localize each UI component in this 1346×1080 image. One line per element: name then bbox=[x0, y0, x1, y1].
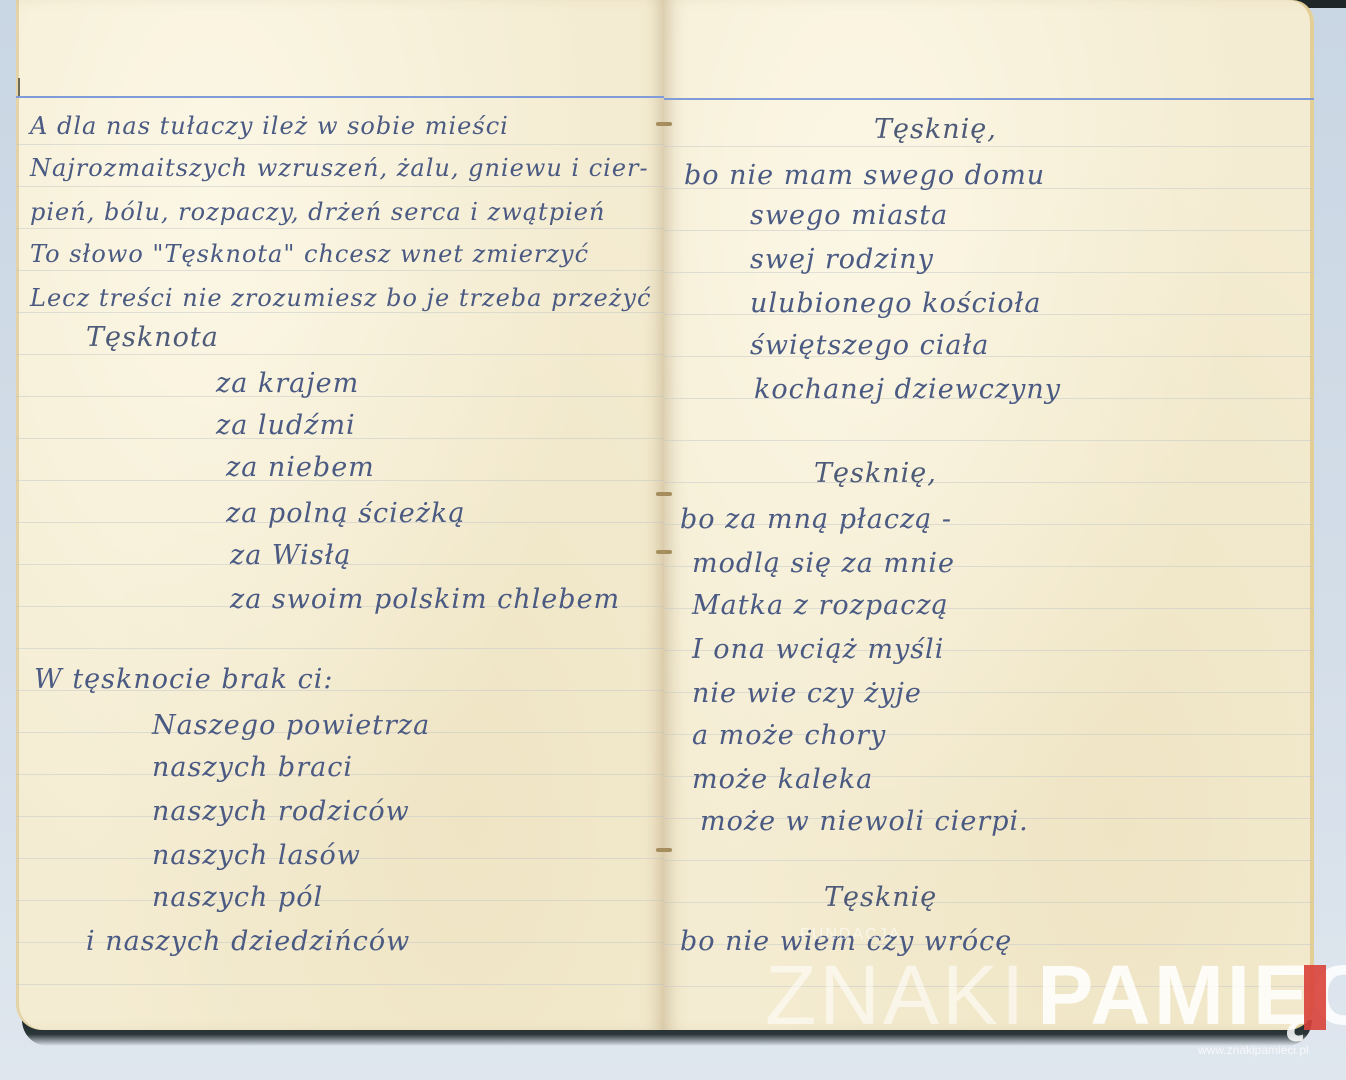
ruled-line bbox=[664, 440, 1314, 441]
ruled-line bbox=[16, 312, 664, 313]
handwritten-line: swej rodziny bbox=[750, 244, 934, 275]
left-page: A dla nas tułaczy ileż w sobie mieści Na… bbox=[16, 0, 664, 1030]
handwritten-line: Lecz treści nie zrozumiesz bo je trzeba … bbox=[30, 284, 651, 312]
ruled-line bbox=[664, 902, 1314, 903]
handwritten-line: nie wie czy żyje bbox=[692, 678, 922, 709]
handwritten-line: swego miasta bbox=[750, 200, 948, 231]
handwritten-line: ulubionego kościoła bbox=[750, 288, 1041, 319]
handwritten-line: A dla nas tułaczy ileż w sobie mieści bbox=[30, 112, 509, 140]
handwritten-line: Najrozmaitszych wzruszeń, żalu, gniewu i… bbox=[30, 154, 649, 182]
right-page: Tęsknię, bo nie mam swego domu swego mia… bbox=[664, 0, 1314, 1030]
header-rule bbox=[16, 96, 664, 98]
handwritten-line: i naszych dziedzińców bbox=[86, 926, 410, 957]
ruled-line bbox=[16, 186, 664, 187]
handwritten-line: modlą się za mnie bbox=[692, 548, 955, 579]
handwritten-line: naszych pól bbox=[152, 882, 323, 913]
ruled-line bbox=[16, 228, 664, 229]
handwritten-line: może kaleka bbox=[692, 764, 873, 795]
ruled-line bbox=[16, 984, 664, 985]
ruled-line bbox=[16, 354, 664, 355]
watermark-foundation-label: FUNDACJA bbox=[800, 926, 901, 944]
handwritten-line: Matka z rozpaczą bbox=[692, 590, 949, 621]
handwritten-line: naszych rodziców bbox=[152, 796, 410, 827]
watermark-url: www.znakipamieci.pl bbox=[1198, 1043, 1309, 1057]
watermark-word-znaki: ZNAKI bbox=[765, 955, 1027, 1035]
binding-stitch bbox=[656, 122, 672, 126]
handwritten-line: kochanej dziewczyny bbox=[754, 374, 1061, 405]
watermark-logo: ZNAKI PAMIĘCI bbox=[765, 955, 1346, 1035]
handwritten-line: bo nie mam swego domu bbox=[684, 160, 1045, 191]
handwritten-line: może w niewoli cierpi. bbox=[700, 806, 1029, 837]
section-heading: Tęsknię, bbox=[814, 458, 937, 489]
margin-mark bbox=[18, 78, 20, 96]
handwritten-line: Naszego powietrza bbox=[152, 710, 430, 741]
handwritten-line: za swoim polskim chlebem bbox=[230, 584, 620, 615]
handwritten-line: bo za mną płaczą - bbox=[680, 504, 952, 535]
binding-stitch bbox=[656, 848, 672, 852]
ruled-line bbox=[16, 270, 664, 271]
ruled-line bbox=[16, 144, 664, 145]
section-heading: Tęsknię bbox=[824, 882, 937, 913]
section-heading: Tęsknię, bbox=[874, 114, 997, 145]
section-heading: W tęsknocie brak ci: bbox=[34, 664, 333, 695]
binding-stitch bbox=[656, 492, 672, 496]
handwritten-line: I ona wciąż myśli bbox=[692, 634, 944, 665]
handwritten-line: To słowo "Tęsknota" chcesz wnet zmierzyć bbox=[30, 240, 589, 268]
ruled-line bbox=[16, 648, 664, 649]
watermark-word-pamieci: PAMIĘCI bbox=[1037, 955, 1346, 1035]
ruled-line bbox=[664, 146, 1314, 147]
handwritten-line: świętszego ciała bbox=[750, 330, 989, 361]
handwritten-line: za polną ścieżką bbox=[226, 498, 465, 529]
handwritten-line: za Wisłą bbox=[230, 540, 352, 571]
handwritten-line: naszych braci bbox=[152, 752, 353, 783]
handwritten-line: naszych lasów bbox=[152, 840, 361, 871]
ruled-line bbox=[664, 860, 1314, 861]
handwritten-line: pień, bólu, rozpaczy, drżeń serca i zwąt… bbox=[30, 198, 605, 226]
ruled-line bbox=[664, 482, 1314, 483]
ruled-line bbox=[16, 900, 664, 901]
handwritten-line: a może chory bbox=[692, 720, 886, 751]
header-rule bbox=[664, 98, 1314, 100]
handwritten-line: za krajem bbox=[216, 368, 359, 399]
handwritten-line: za ludźmi bbox=[216, 410, 356, 441]
watermark-red-bar bbox=[1304, 965, 1326, 1030]
handwritten-line: za niebem bbox=[226, 452, 375, 483]
section-heading: Tęsknota bbox=[86, 322, 219, 353]
binding-stitch bbox=[656, 550, 672, 554]
